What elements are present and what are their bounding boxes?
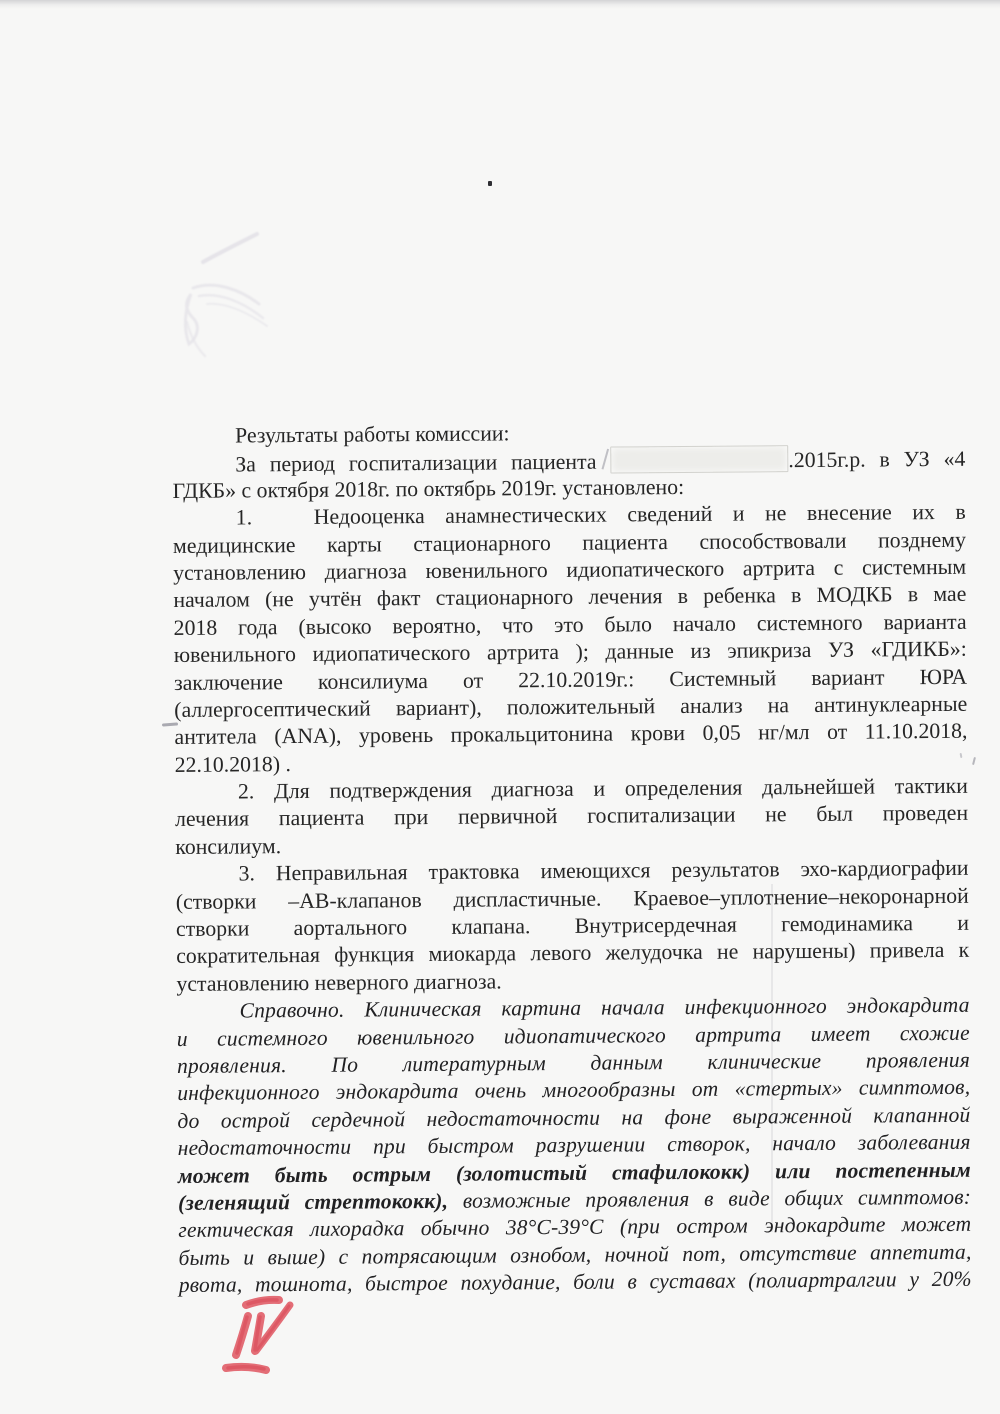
- text-segment: и системного ювенильного идиопатического…: [177, 1020, 970, 1050]
- text-segment: возможные проявления в виде общих симпто…: [448, 1185, 971, 1213]
- paragraph-item-3: 3. Неправильная трактовка имеющихся резу…: [175, 855, 969, 998]
- text-segment: (аллергосептический вариант), положитель…: [174, 692, 967, 722]
- paragraph-item-1: 1. Недооценка анамнестических сведений и…: [173, 499, 968, 779]
- text-segment: (створки –АВ-клапанов диспластичные. Кра…: [176, 883, 969, 913]
- text-segment: ювенильного идиопатического артрита ); д…: [174, 637, 967, 667]
- text-segment: ГДКБ» с октября 2018г. по октябрь 2019г.…: [172, 475, 684, 503]
- text-segment: консилиум.: [175, 834, 281, 859]
- text-segment: недостаточности при быстром разрушении с…: [178, 1130, 971, 1160]
- text-segment: инфекционного эндокардита очень многообр…: [177, 1075, 970, 1105]
- text-segment: началом (не учтён факт стационарного леч…: [173, 582, 966, 612]
- text-segment: сократительная функция миокарда левого ж…: [176, 938, 969, 968]
- stray-tick-mark: [972, 757, 976, 765]
- paragraph-item-2: 2. Для подтверждения диагноза и определе…: [175, 773, 969, 861]
- text-segment: (зеленящий стрептококк),: [178, 1189, 448, 1215]
- ink-dot-artifact: [488, 181, 492, 186]
- text-segment: .2015г.р. в УЗ «4: [788, 447, 965, 472]
- text-segment: установлению неверного диагноза.: [176, 969, 501, 996]
- text-segment: установлению диагноза ювенильного идиопа…: [173, 555, 966, 585]
- text-segment: створки аортального клапана. Внутрисерде…: [176, 911, 969, 941]
- text-segment: Справочно. Клиническая картина начала ин…: [240, 993, 970, 1023]
- text-segment: медицинские карты стационарного пациента…: [173, 527, 966, 557]
- text-segment: Результаты работы комиссии:: [235, 421, 510, 447]
- paragraph-intro: За период госпитализации пациента .2015г…: [172, 444, 965, 505]
- pencil-smudge: [163, 226, 303, 366]
- text-segment: 3. Неправильная трактовка имеющихся резу…: [238, 856, 968, 886]
- text-segment: быть и выше) с потрясающим ознобом, ночн…: [178, 1239, 971, 1269]
- document-text: Результаты работы комиссии:За период гос…: [172, 417, 972, 1300]
- text-segment: заключение консилиума от 22.10.2019г.: С…: [174, 664, 967, 694]
- text-segment: 1. Недооценка анамнестических сведений и…: [236, 500, 966, 530]
- text-segment: 22.10.2018) .: [175, 752, 291, 777]
- text-segment: лечения пациента при первичной госпитали…: [175, 801, 968, 831]
- text-segment: проявления. По литературным данным клини…: [177, 1048, 970, 1078]
- text-segment: антитела (ANA), уровень прокальцитонина …: [174, 719, 967, 749]
- scanned-document-page: Результаты работы комиссии:За период гос…: [0, 0, 1000, 1414]
- text-segment: до острой сердечной недостаточности на ф…: [177, 1103, 970, 1133]
- redacted-patient-name: [610, 446, 788, 474]
- text-segment: За период госпитализации пациента: [235, 450, 610, 477]
- text-segment: может быть острым (золотистый стафилокок…: [178, 1157, 971, 1187]
- text-segment: 2018 года (высоко вероятно, что это было…: [174, 610, 967, 640]
- text-segment: гектическая лихорадка обычно 38°С-39°С (…: [178, 1212, 971, 1242]
- scanner-edge-shadow: [0, 0, 1000, 9]
- text-segment: 2. Для подтверждения диагноза и определе…: [238, 774, 968, 804]
- paragraph-reference: Справочно. Клиническая картина начала ин…: [177, 992, 972, 1300]
- handwritten-iv-mark: [210, 1288, 320, 1388]
